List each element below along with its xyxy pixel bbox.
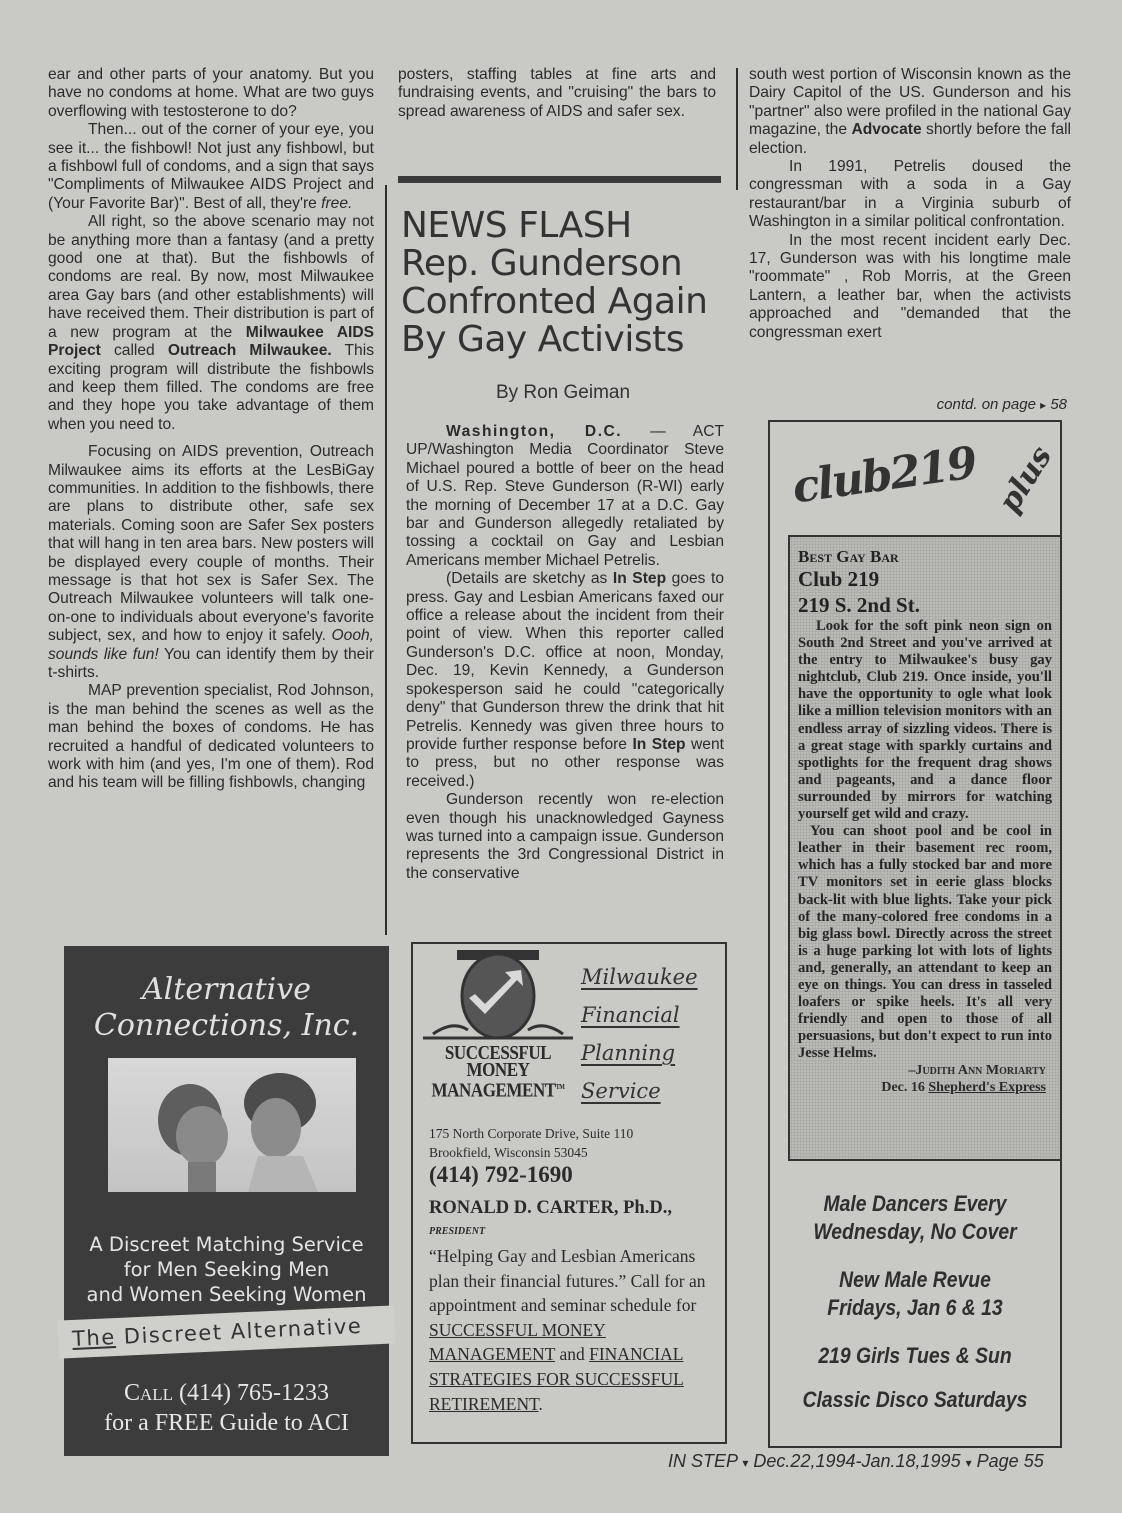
- advisor-name: RONALD D. CARTER, Ph.D.,: [429, 1198, 672, 1219]
- column-rule: [736, 68, 738, 190]
- paragraph: posters, staffing tables at fine arts an…: [398, 66, 716, 121]
- triangle-down-icon: ▾: [742, 1456, 748, 1470]
- review-credit: –Judith Ann Moriarty Dec. 16 Shepherd's …: [798, 1062, 1052, 1096]
- paragraph: Then... out of the corner of your eye, y…: [48, 121, 374, 213]
- club-promos: Male Dancers Every Wednesday, No Cover N…: [770, 1190, 1060, 1414]
- paragraph: All right, so the above scenario may not…: [48, 213, 374, 434]
- promo: Classic Disco Saturdays: [787, 1386, 1042, 1414]
- page-number: Page 55: [977, 1451, 1044, 1471]
- aci-title: Alternative Connections, Inc.: [64, 972, 389, 1044]
- aci-call-to-action: Call (414) 765-1233 for a FREE Guide to …: [64, 1378, 389, 1438]
- news-flash-headline: NEWS FLASH Rep. Gunderson Confronted Aga…: [401, 207, 731, 359]
- headline-line: Rep. Gunderson: [401, 245, 731, 283]
- best-gay-bar-review: Best Gay Bar Club 219 219 S. 2nd St. Loo…: [788, 535, 1062, 1161]
- advisor-title: PRESIDENT: [429, 1226, 485, 1237]
- aci-photo: [108, 1058, 356, 1192]
- paragraph: MAP prevention specialist, Rod Johnson, …: [48, 682, 374, 792]
- aci-band: The Discreet Alternative: [57, 1305, 395, 1358]
- promo: Male Dancers Every Wednesday, No Cover: [787, 1190, 1042, 1246]
- review-text: Look for the soft pink neon sign on Sout…: [798, 618, 1052, 1062]
- ad-alternative-connections: Alternative Connections, Inc. A Discreet…: [64, 946, 389, 1456]
- paragraph: ear and other parts of your anatomy. But…: [48, 66, 374, 121]
- byline: By Ron Geiman: [398, 382, 728, 404]
- continued-link[interactable]: contd. on page ▸ 58: [905, 396, 1067, 413]
- successful-money-logo: SUCCESSFUL MONEY MANAGEMENTTM: [423, 950, 573, 1098]
- aci-tagline: A Discreet Matching Service for Men Seek…: [64, 1232, 389, 1307]
- column-2-top-text: posters, staffing tables at fine arts an…: [398, 66, 716, 121]
- ad-financial-planning: SUCCESSFUL MONEY MANAGEMENTTM Milwaukee …: [411, 942, 727, 1444]
- paragraph: In the most recent incident early Dec. 1…: [749, 232, 1071, 342]
- two-men-photo-icon: [108, 1058, 356, 1192]
- triangle-down-icon: ▾: [966, 1456, 972, 1470]
- column-3-article: south west portion of Wisconsin known as…: [749, 66, 1071, 342]
- column-1-article: ear and other parts of your anatomy. But…: [48, 66, 374, 793]
- headline-kicker: NEWS FLASH: [401, 207, 731, 245]
- promo: New Male Revue Fridays, Jan 6 & 13: [787, 1266, 1042, 1322]
- headline-line: Confronted Again: [401, 283, 731, 321]
- finance-body: “Helping Gay and Lesbian Americans plan …: [429, 1244, 714, 1416]
- phone-number[interactable]: (414) 792-1690: [429, 1162, 573, 1188]
- paragraph: Focusing on AIDS prevention, Outreach Mi…: [48, 443, 374, 682]
- paragraph: south west portion of Wisconsin known as…: [749, 66, 1071, 158]
- chart-arrow-logo-icon: [423, 950, 573, 1040]
- logo-text: SUCCESSFUL MONEY MANAGEMENTTM: [423, 1045, 573, 1100]
- column-rule: [385, 185, 387, 935]
- section-divider: [398, 176, 721, 183]
- paragraph: (Details are sketchy as In Step goes to …: [406, 570, 724, 791]
- club-219-logo: club219 plus: [778, 442, 1058, 532]
- paragraph: In 1991, Petrelis doused the congressman…: [749, 158, 1071, 232]
- award-label: Best Gay Bar: [798, 547, 1052, 567]
- news-flash-article: Washington, D.C. — ACT UP/Washington Med…: [406, 423, 724, 883]
- paragraph: Gunderson recently won re-election even …: [406, 791, 724, 883]
- issue-dates: Dec.22,1994-Jan.18,1995: [753, 1451, 960, 1471]
- headline-line: By Gay Activists: [401, 321, 731, 359]
- club-name: Club 219: [798, 567, 1052, 592]
- paragraph: Washington, D.C. — ACT UP/Washington Med…: [406, 423, 724, 570]
- page-footer: IN STEP ▾ Dec.22,1994-Jan.18,1995 ▾ Page…: [668, 1451, 1088, 1472]
- club-address: 219 S. 2nd St.: [798, 592, 1052, 618]
- publication-name: IN STEP: [668, 1451, 737, 1471]
- script-title: Milwaukee Financial Planning Service: [581, 958, 716, 1110]
- dateline: Washington, D.C.: [446, 423, 622, 440]
- address: 175 North Corporate Drive, Suite 110 Bro…: [429, 1124, 633, 1162]
- arrow-right-icon: ▸: [1040, 398, 1046, 412]
- promo: 219 Girls Tues & Sun: [787, 1342, 1042, 1370]
